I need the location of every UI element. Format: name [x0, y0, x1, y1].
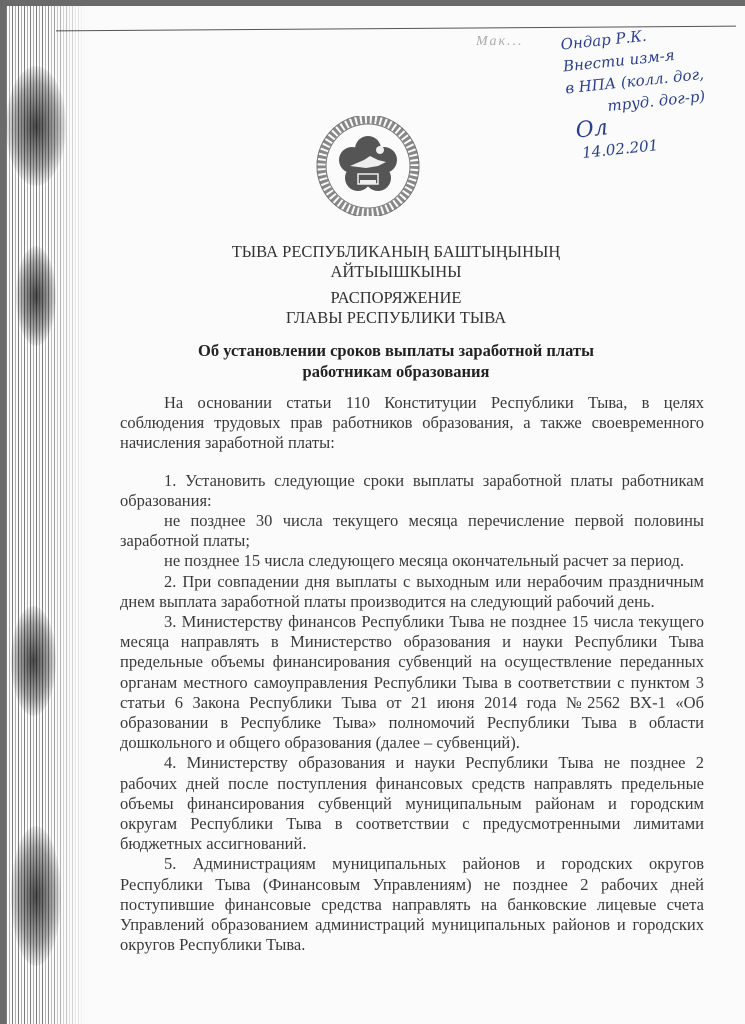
- russian-header-line: РАСПОРЯЖЕНИЕ: [156, 288, 636, 308]
- title-line: Об установлении сроков выплаты заработно…: [156, 340, 636, 361]
- title-line: работникам образования: [156, 361, 636, 382]
- handwritten-resolution: Ондар Р.К. Внести изм-я в НПА (колл. дог…: [560, 15, 745, 165]
- item-1b-paragraph: не позднее 15 числа следующего месяца ок…: [120, 551, 704, 571]
- item-1-paragraph: 1. Установить следующие сроки выплаты за…: [120, 471, 704, 511]
- document-title: Об установлении сроков выплаты заработно…: [156, 340, 636, 382]
- document-body: На основании статьи 110 Конституции Респ…: [120, 393, 704, 955]
- scan-artifact-blot: [6, 66, 66, 186]
- scan-artifact-blot: [16, 246, 56, 346]
- faint-stamp: Мак...: [476, 34, 524, 50]
- item-5-paragraph: 5. Администрациям муниципальных районов …: [120, 854, 704, 955]
- tuvan-header-line: ТЫВА РЕСПУБЛИКАНЫҢ БАШТЫҢЫНЫҢ: [156, 242, 636, 262]
- item-4-paragraph: 4. Министерству образования и науки Респ…: [120, 753, 704, 854]
- scanned-document-page: Мак... Ондар Р.К. Внести изм-я в НПА (ко…: [6, 6, 745, 1024]
- item-3-paragraph: 3. Министерству финансов Республики Тыва…: [120, 612, 704, 753]
- item-1a-paragraph: не позднее 30 числа текущего месяца пере…: [120, 511, 704, 551]
- coat-of-arms-icon: [308, 116, 428, 216]
- russian-header-line: ГЛАВЫ РЕСПУБЛИКИ ТЫВА: [156, 308, 636, 328]
- preamble-paragraph: На основании статьи 110 Конституции Респ…: [120, 393, 704, 454]
- tuvan-header: ТЫВА РЕСПУБЛИКАНЫҢ БАШТЫҢЫНЫҢ АЙТЫЫШКЫНЫ: [156, 242, 636, 282]
- tuvan-header-line: АЙТЫЫШКЫНЫ: [156, 262, 636, 282]
- scan-artifact-blot: [11, 826, 61, 966]
- scan-artifact-blot: [11, 606, 56, 716]
- russian-header: РАСПОРЯЖЕНИЕ ГЛАВЫ РЕСПУБЛИКИ ТЫВА: [156, 288, 636, 328]
- item-2-paragraph: 2. При совпадении дня выплаты с выходным…: [120, 572, 704, 612]
